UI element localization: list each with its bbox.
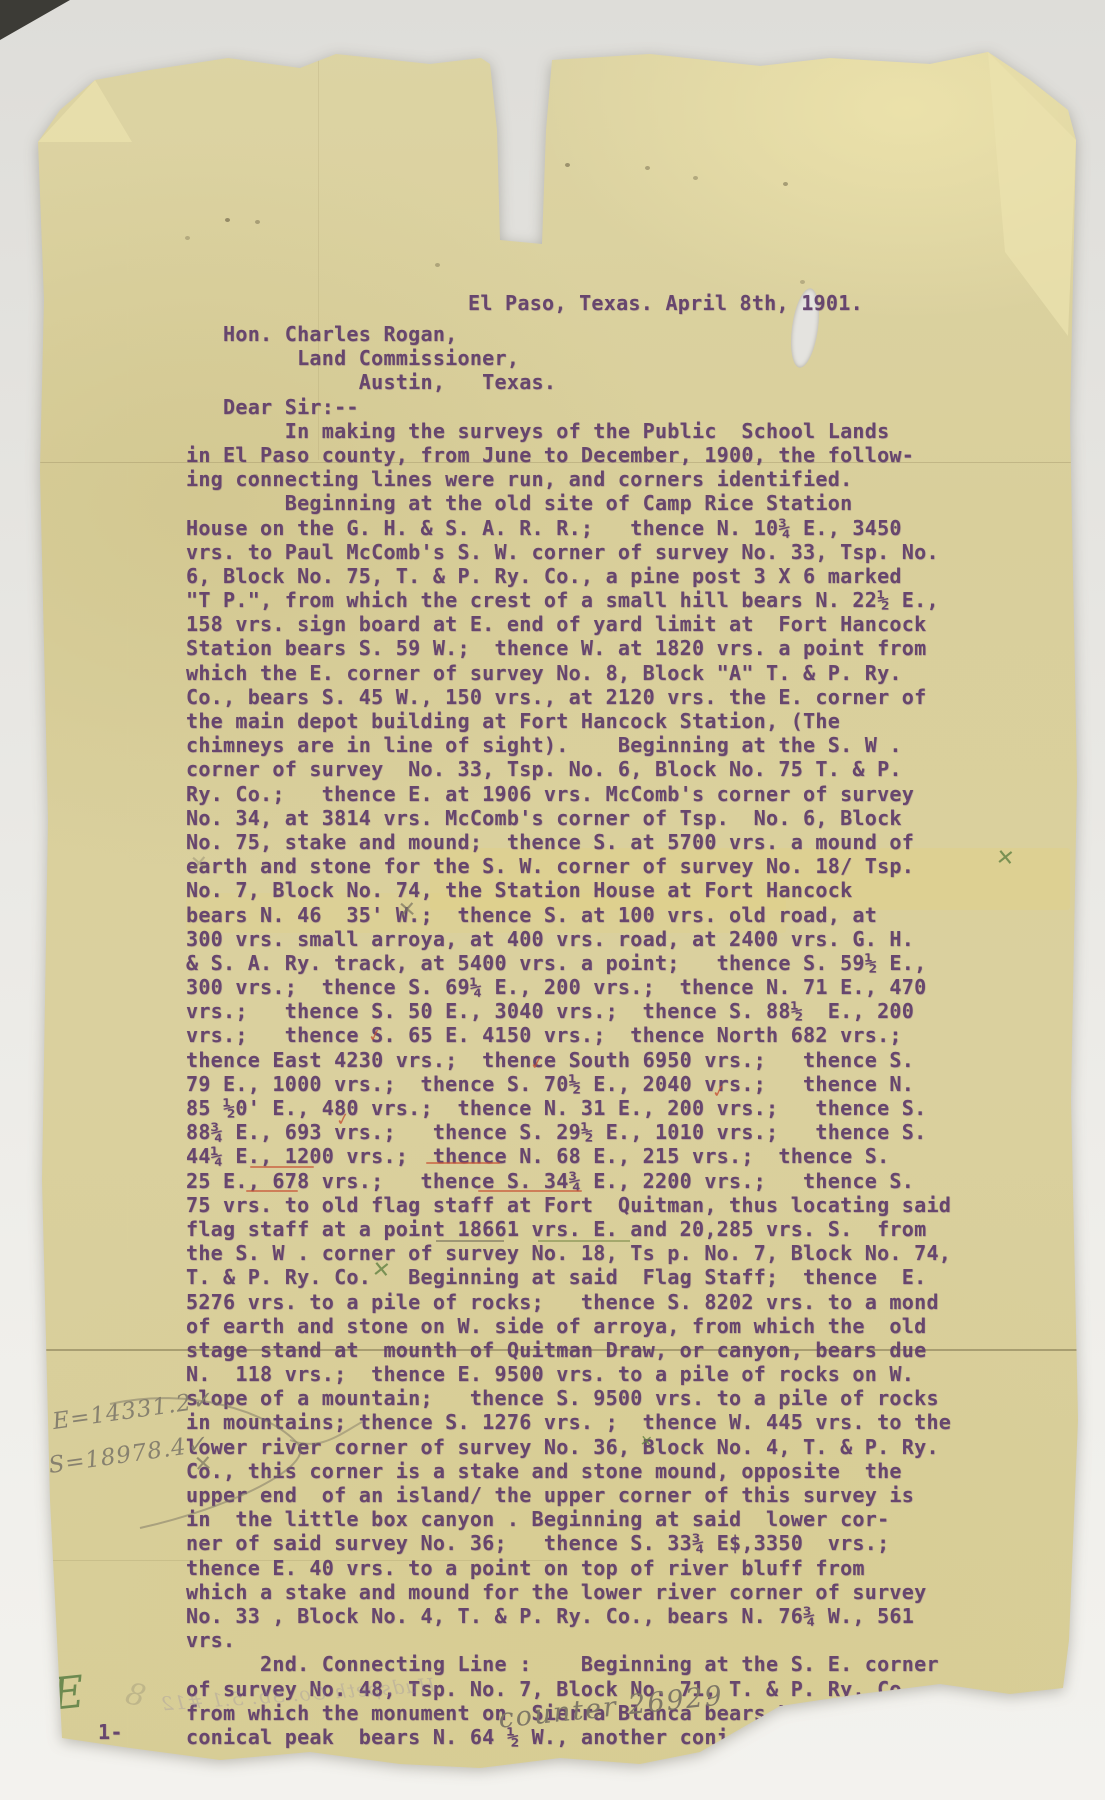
page-number: 1- — [98, 1720, 123, 1744]
typed-line: in El Paso county, from June to December… — [186, 443, 1086, 467]
typed-line: 88¾ E., 693 vrs.; thence S. 29½ E., 1010… — [186, 1120, 1086, 1144]
paper-wrap: El Paso, Texas. April 8th, 1901. Hon. Ch… — [0, 0, 1105, 1800]
red-underline — [250, 1166, 314, 1168]
typed-line: Beginning at the old site of Camp Rice S… — [186, 491, 1086, 515]
typed-line: Hon. Charles Rogan, — [186, 322, 1086, 346]
typed-line: thence East 4230 vrs.; thence South 6950… — [186, 1048, 1086, 1072]
red-underline — [426, 1162, 500, 1164]
typed-line: 300 vrs. small arroya, at 400 vrs. road,… — [186, 927, 1086, 951]
typed-line: corner of survey No. 33, Tsp. No. 6, Blo… — [186, 757, 1086, 781]
folded-corner-top-right — [985, 52, 1080, 342]
typed-line: Co., bears S. 45 W., 150 vrs., at 2120 v… — [186, 685, 1086, 709]
typed-line: vrs.; thence S. 65 E. 4150 vrs.; thence … — [186, 1023, 1086, 1047]
pencil-x-mark: ✕ — [189, 851, 209, 877]
typed-line: bears N. 46 35' W.; thence S. at 100 vrs… — [186, 903, 1086, 927]
typed-line: 5276 vrs. to a pile of rocks; thence S. … — [186, 1290, 1086, 1314]
typed-line: vrs.; thence S. 50 E., 3040 vrs.; thence… — [186, 999, 1086, 1023]
typed-line: conical peak bears N. 64 ½ W., another c… — [186, 1725, 1086, 1749]
typed-line: which a stake and mound for the lower ri… — [186, 1580, 1086, 1604]
folded-corner-top-left — [38, 78, 132, 144]
typed-line: the S. W . corner of survey No. 18, Ts p… — [186, 1241, 1086, 1265]
typed-line: Station bears S. 59 W.; thence W. at 182… — [186, 636, 1086, 660]
green-x-mark: ✕ — [371, 1257, 392, 1284]
paper-sheet: El Paso, Texas. April 8th, 1901. Hon. Ch… — [0, 0, 1105, 1800]
typed-line: House on the G. H. & S. A. R. R.; thence… — [186, 516, 1086, 540]
typed-line: of earth and stone on W. side of arroya,… — [186, 1314, 1086, 1338]
green-x-mark: ✕ — [995, 845, 1016, 872]
faint-pencil-mark: 8 — [122, 1676, 149, 1715]
typed-line: which the E. corner of survey No. 8, Blo… — [186, 661, 1086, 685]
typed-line: In making the surveys of the Public Scho… — [186, 419, 1086, 443]
typed-line: 75 vrs. to old flag staff at Fort Quitma… — [186, 1193, 1086, 1217]
typed-line: No. 75, stake and mound; thence S. at 57… — [186, 830, 1086, 854]
pencil-underline — [436, 1240, 504, 1242]
typed-line: 158 vrs. sign board at E. end of yard li… — [186, 612, 1086, 636]
typed-line: "T P.", from which the crest of a small … — [186, 588, 1086, 612]
typed-line: 25 E., 678 vrs.; thence S. 34¾ E., 2200 … — [186, 1169, 1086, 1193]
typed-line: thence E. 40 vrs. to a point on top of r… — [186, 1556, 1086, 1580]
typed-line: 44¼ E., 1200 vrs.; thence N. 68 E., 215 … — [186, 1144, 1086, 1168]
typed-line: chimneys are in line of sight). Beginnin… — [186, 733, 1086, 757]
typed-line: vrs. to Paul McComb's S. W. corner of su… — [186, 540, 1086, 564]
olive-underline — [538, 1240, 630, 1242]
typed-line: stage stand at mounth of Quitman Draw, o… — [186, 1338, 1086, 1362]
typed-line: T. & P. Ry. Co. Beginning at said Flag S… — [186, 1265, 1086, 1289]
typed-line: No. 33 , Block No. 4, T. & P. Ry. Co., b… — [186, 1604, 1086, 1628]
typed-line: No. 7, Block No. 74, the Station House a… — [186, 878, 1086, 902]
typed-line: the main depot building at Fort Hancock … — [186, 709, 1086, 733]
typed-line: Dear Sir:-- — [186, 395, 1086, 419]
green-margin-letter: E — [49, 1666, 86, 1720]
typed-line: Austin, Texas. — [186, 370, 1086, 394]
paper-speckles — [225, 218, 230, 222]
typed-line: 79 E., 1000 vrs.; thence S. 70½ E., 2040… — [186, 1072, 1086, 1096]
typed-line: Ry. Co.; thence E. at 1906 vrs. McComb's… — [186, 782, 1086, 806]
typed-line: vrs. — [186, 1628, 1086, 1652]
typed-line: earth and stone for the S. W. corner of … — [186, 854, 1086, 878]
green-x-mark: ✕ — [639, 1431, 653, 1450]
red-underline — [478, 1190, 582, 1192]
typed-line: ing connecting lines were run, and corne… — [186, 467, 1086, 491]
typed-line: 300 vrs.; thence S. 69¼ E., 200 vrs.; th… — [186, 975, 1086, 999]
scanned-letter-page: El Paso, Texas. April 8th, 1901. Hon. Ch… — [0, 0, 1105, 1800]
typed-line: 2nd. Connecting Line : Beginning at the … — [186, 1652, 1086, 1676]
typed-dateline: El Paso, Texas. April 8th, 1901. — [468, 291, 863, 315]
typed-line: flag staff at a point 18661 vrs. E. and … — [186, 1217, 1086, 1241]
typed-line: 6, Block No. 75, T. & P. Ry. Co., a pine… — [186, 564, 1086, 588]
typed-line: No. 34, at 3814 vrs. McComb's corner of … — [186, 806, 1086, 830]
typed-line: & S. A. Ry. track, at 5400 vrs. a point;… — [186, 951, 1086, 975]
typed-line: Land Commissioner, — [186, 346, 1086, 370]
typed-line: 85 ½0' E., 480 vrs.; thence N. 31 E., 20… — [186, 1096, 1086, 1120]
red-underline — [246, 1190, 298, 1192]
pencil-x-mark: ✕ — [397, 897, 417, 923]
